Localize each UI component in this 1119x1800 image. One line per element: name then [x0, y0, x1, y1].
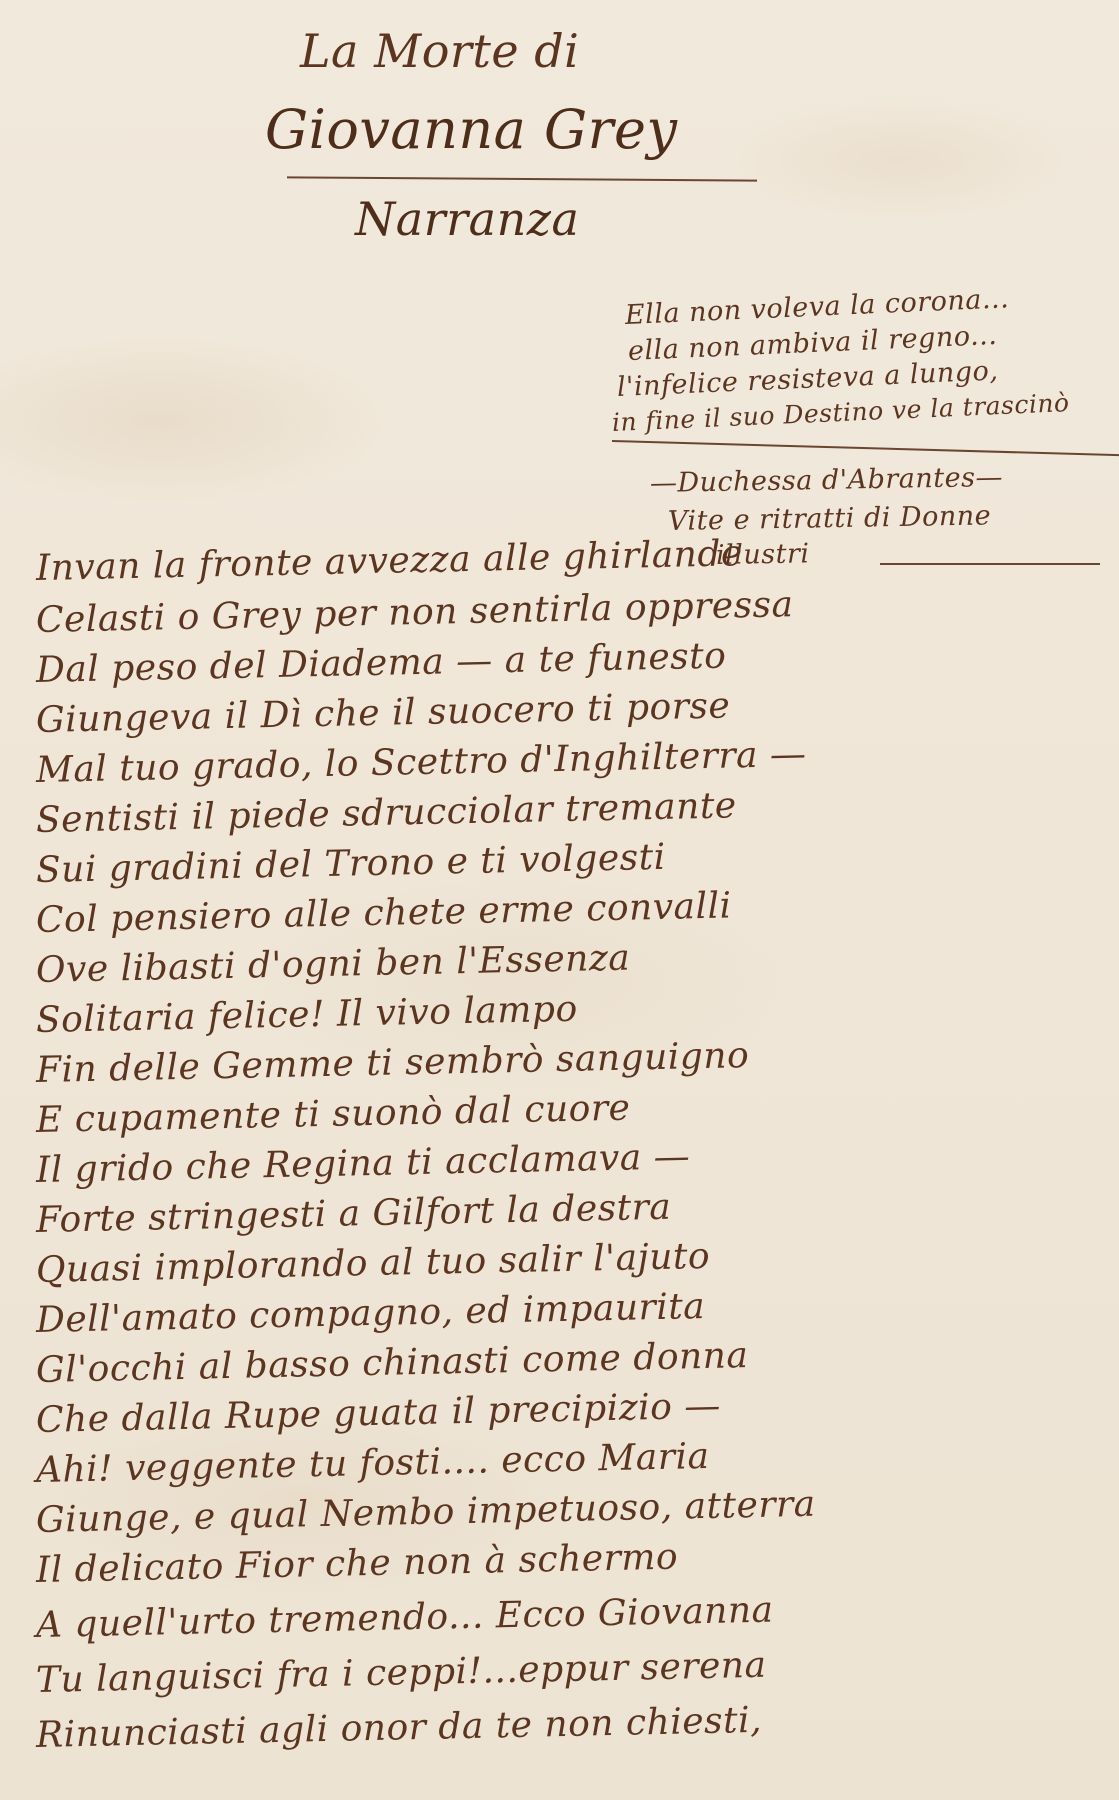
verse-line: Giunge, e qual Nembo impetuoso, atterra	[36, 1484, 817, 1541]
verse-line: Dell'amato compagno, ed impaurita	[36, 1286, 706, 1341]
verse-line: Rinunciasti agli onor da te non chiesti,	[36, 1700, 763, 1756]
title-underline	[287, 176, 757, 181]
manuscript-page: La Morte di Giovanna Grey Narranza Ella …	[0, 0, 1119, 1800]
verse-line: Tu languisci fra i ceppi!...eppur serena	[36, 1645, 767, 1701]
verse-line: Ahi! veggente tu fosti.... ecco Maria	[36, 1436, 710, 1491]
verse-line: Celasti o Grey per non sentirla oppressa	[36, 584, 794, 641]
title-line-1: La Morte di	[300, 24, 579, 78]
verse-line: Il delicato Fior che non à schermo	[36, 1537, 679, 1591]
verse-line: Che dalla Rupe guata il precipizio —	[36, 1386, 722, 1441]
verse-line: Fin delle Gemme ti sembrò sanguigno	[36, 1035, 750, 1091]
subtitle-narranza: Narranza	[355, 192, 579, 246]
verse-line: Solitaria felice! Il vivo lampo	[36, 989, 579, 1041]
verse-line: Forte stringesti a Gilfort la destra	[36, 1187, 672, 1241]
title-line-2: Giovanna Grey	[265, 98, 677, 161]
epigraph-rule	[612, 440, 1119, 456]
verse-line: Sentisti il piede sdrucciolar tremante	[36, 785, 737, 841]
verse-line: Ove libasti d'ogni ben l'Essenza	[36, 938, 631, 991]
epigraph-attribution: Vite e ritratti di Donne	[668, 500, 992, 537]
verse-line: Gl'occhi al basso chinasti come donna	[36, 1335, 749, 1391]
verse-line: A quell'urto tremendo... Ecco Giovanna	[36, 1590, 774, 1646]
epigraph-attribution: —Duchessa d'Abrantes—	[650, 462, 1003, 499]
verse-line: Col pensiero alle chete erme convalli	[36, 885, 732, 941]
verse-line: Mal tuo grado, lo Scettro d'Inghilterra …	[36, 734, 807, 791]
verse-line: Dal peso del Diadema — a te funesto	[36, 636, 727, 691]
verse-line: Giungeva il Dì che il suocero ti porse	[36, 685, 731, 741]
verse-line: Quasi implorando al tuo salir l'ajuto	[36, 1236, 711, 1291]
verse-line: Invan la fronte avvezza alle ghirlande	[36, 533, 744, 589]
verse-line: Il grido che Regina ti acclamava —	[36, 1136, 691, 1191]
attribution-rule	[880, 563, 1100, 565]
verse-line: Sui gradini del Trono e ti volgesti	[36, 837, 666, 891]
verse-line: E cupamente ti suonò dal cuore	[36, 1088, 631, 1141]
